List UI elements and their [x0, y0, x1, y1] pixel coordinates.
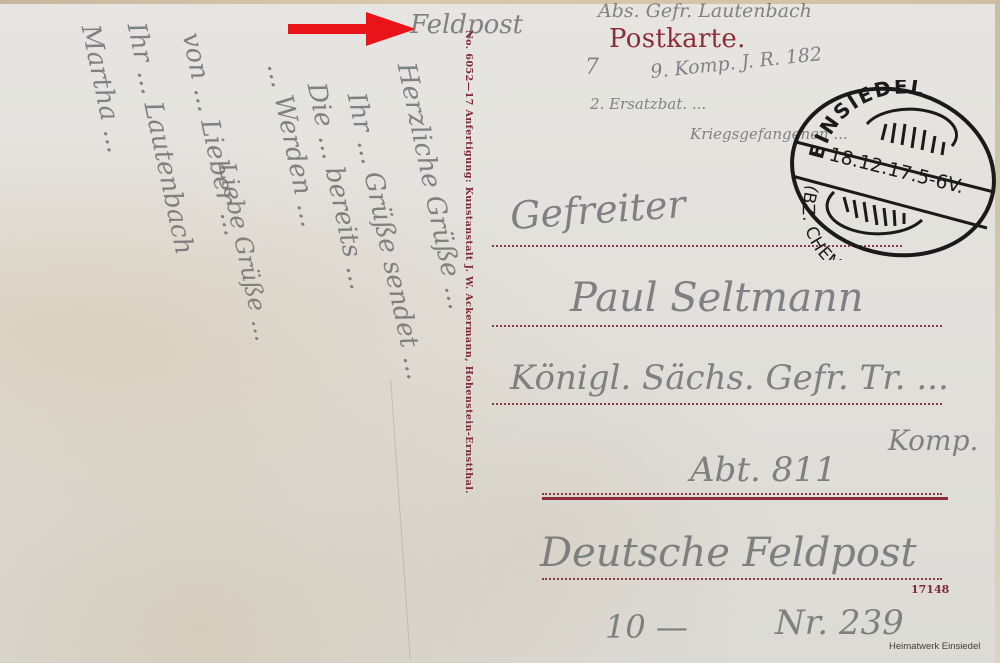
address-line-4 — [542, 493, 942, 495]
bottom-left-mark: 10 — — [605, 608, 688, 646]
card-edge-top — [0, 0, 1000, 4]
address-underline — [542, 497, 948, 500]
sender-mark: 7 — [585, 55, 599, 80]
message-line: Martha ... — [75, 22, 131, 156]
svg-text:EINSIEDEL: EINSIEDEL — [804, 80, 927, 161]
address-feldpost: Deutsche Feldpost — [540, 530, 917, 576]
message-line: Liebe Grüße ... — [213, 160, 278, 344]
address-unit: Königl. Sächs. Gefr. Tr. ... — [510, 358, 949, 398]
address-number: Nr. 239 — [775, 603, 904, 643]
address-name: Paul Seltmann — [570, 275, 863, 321]
postcard: Martha ... Ihr ... Lautenbach von ... Li… — [0, 0, 1000, 663]
address-company: Komp. — [888, 424, 978, 457]
address-line-3 — [492, 403, 942, 405]
address-line-2 — [492, 325, 942, 327]
paper-crease — [390, 380, 411, 659]
postmark-stamp: EINSIEDEL (BZ. CHEMNITZ) 18.12.17.5-6V. — [782, 80, 1000, 260]
postmark-district: (BZ. CHEMNITZ) — [798, 182, 887, 260]
address-rank: Gefreiter — [509, 182, 687, 238]
serial-number: 17148 — [911, 583, 949, 596]
publisher-imprint: No. 6052—17 Anfertigung: Kunstanstalt J.… — [450, 30, 474, 620]
address-division: Abt. 811 — [690, 450, 837, 490]
postmark-icon: EINSIEDEL (BZ. CHEMNITZ) 18.12.17.5-6V. — [782, 80, 1000, 260]
sender-line: 2. Ersatzbat. ... — [590, 95, 706, 113]
sender-line: Abs. Gefr. Lautenbach — [598, 0, 812, 22]
red-arrow-icon — [288, 12, 416, 46]
postcard-title: Postkarte. — [609, 24, 746, 54]
address-line-5 — [542, 578, 942, 580]
credit-watermark: Heimatwerk Einsiedel — [889, 641, 980, 652]
svg-text:(BZ. CHEMNITZ): (BZ. CHEMNITZ) — [798, 182, 887, 260]
postmark-place: EINSIEDEL — [804, 80, 927, 161]
